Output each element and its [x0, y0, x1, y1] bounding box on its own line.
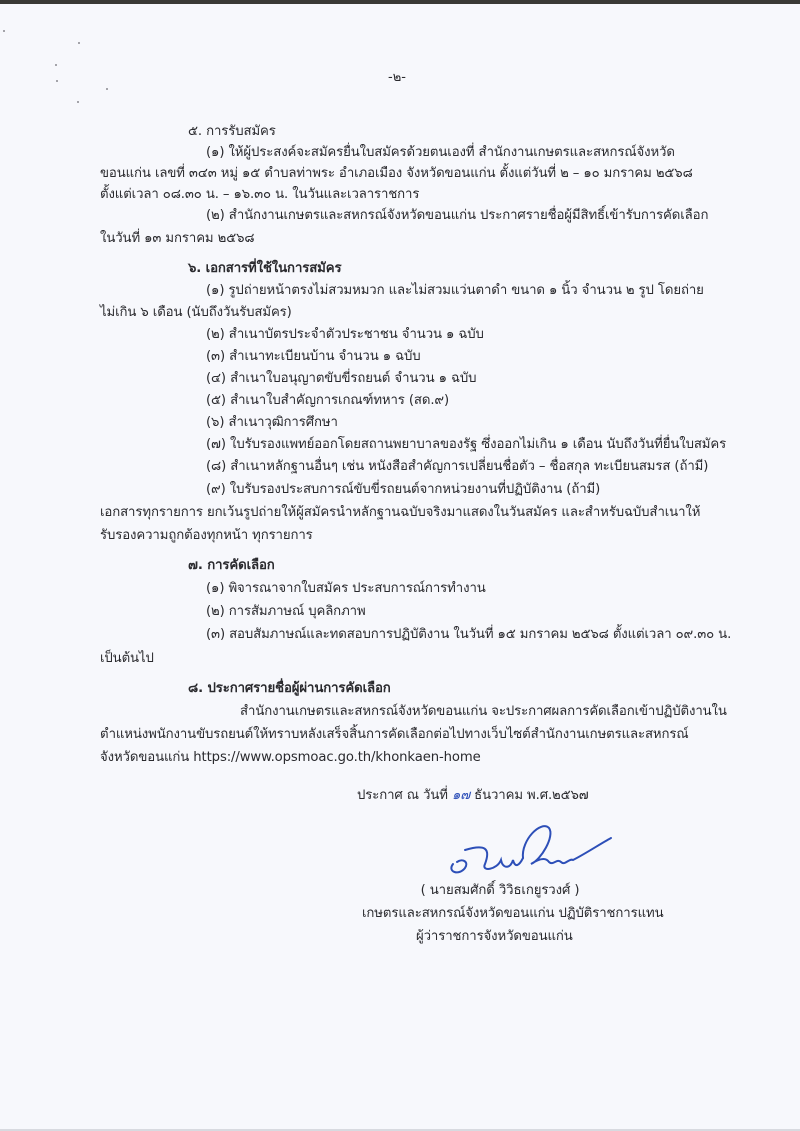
scan-speck [56, 80, 58, 82]
section6-note-line1: เอกสารทุกรายการ ยกเว้นรูปถ่ายให้ผู้สมัคร… [100, 504, 700, 522]
scan-speck [77, 101, 79, 103]
list-item: (๕) สำเนาใบสำคัญการเกณฑ์ทหาร (สด.๙) [206, 392, 449, 410]
section8-line3: จังหวัดขอนแก่น https://www.opsmoac.go.th… [100, 749, 481, 767]
section6-heading: ๖. เอกสารที่ใช้ในการสมัคร [188, 260, 341, 278]
list-item: (๒) สำเนาบัตรประจำตัวประชาชน จำนวน ๑ ฉบั… [206, 326, 484, 344]
section6-item1-line2: ไม่เกิน ๖ เดือน (นับถึงวันรับสมัคร) [100, 304, 292, 322]
section5-item2-line1: (๒) สำนักงานเกษตรและสหกรณ์จังหวัดขอนแก่น… [206, 207, 708, 225]
section8-line1: สำนักงานเกษตรและสหกรณ์จังหวัดขอนแก่น จะป… [240, 703, 727, 721]
section5-item1-line2: ขอนแก่น เลขที่ ๓๔๓ หมู่ ๑๕ ตำบลท่าพระ อำ… [100, 165, 693, 183]
list-item: (๙) ใบรับรองประสบการณ์ขับขี่รถยนต์จากหน่… [206, 481, 600, 499]
scan-speck [55, 64, 57, 66]
signatory-name: ( นายสมศักดิ์ วิวิธเกยูรวงศ์ ) [380, 882, 620, 900]
section5-item2-line2: ในวันที่ ๑๓ มกราคม ๒๕๖๘ [100, 230, 254, 248]
page-number: -๒- [388, 66, 406, 87]
list-item: (๑) พิจารณาจากใบสมัคร ประสบการณ์การทำงาน [206, 580, 486, 598]
announcement-prefix: ประกาศ ณ วันที่ [357, 788, 448, 803]
list-item: (๔) สำเนาใบอนุญาตขับขี่รถยนต์ จำนวน ๑ ฉบ… [206, 370, 476, 388]
list-item: (๗) ใบรับรองแพทย์ออกโดยสถานพยาบาลของรัฐ … [206, 436, 726, 454]
scan-speck [106, 88, 108, 90]
announcement-suffix: ธันวาคม พ.ศ.๒๕๖๗ [474, 788, 589, 803]
section6-item1-line1: (๑) รูปถ่ายหน้าตรงไม่สวมหมวก และไม่สวมแว… [206, 282, 704, 300]
list-item: (๓) สอบสัมภาษณ์และทดสอบการปฏิบัติงาน ในว… [206, 626, 731, 644]
announcement-date: ประกาศ ณ วันที่ ๑๗ ธันวาคม พ.ศ.๒๕๖๗ [357, 787, 589, 805]
section8-line2: ตำแหน่งพนักงานขับรถยนต์ให้ทราบหลังเสร็จส… [100, 726, 689, 744]
scan-edge-top [0, 0, 800, 4]
section5-heading: ๕. การรับสมัคร [188, 123, 276, 141]
section7-heading: ๗. การคัดเลือก [188, 557, 275, 575]
section6-note-line2: รับรองความถูกต้องทุกหน้า ทุกรายการ [100, 527, 313, 545]
list-item: (๒) การสัมภาษณ์ บุคลิกภาพ [206, 603, 366, 621]
scan-speck [78, 42, 80, 44]
scan-speck [3, 30, 5, 32]
section5-item1-line3: ตั้งแต่เวลา ๐๘.๓๐ น. – ๑๖.๓๐ น. ในวันและ… [100, 186, 419, 204]
list-item: (๘) สำเนาหลักฐานอื่นๆ เช่น หนังสือสำคัญก… [206, 458, 708, 476]
section8-heading: ๘. ประกาศรายชื่อผู้ผ่านการคัดเลือก [188, 680, 391, 698]
list-item: (๖) สำเนาวุฒิการศึกษา [206, 414, 338, 432]
list-item: (๓) สำเนาทะเบียนบ้าน จำนวน ๑ ฉบับ [206, 348, 421, 366]
signatory-title-line2: ผู้ว่าราชการจังหวัดขอนแก่น [416, 928, 573, 946]
signature-icon [445, 820, 615, 876]
handwritten-day: ๑๗ [452, 788, 470, 803]
section5-item1-line1: (๑) ให้ผู้ประสงค์จะสมัครยื่นใบสมัครด้วยต… [206, 144, 675, 162]
signatory-title-line1: เกษตรและสหกรณ์จังหวัดขอนแก่น ปฏิบัติราชก… [362, 905, 664, 923]
section7-item3-continuation: เป็นต้นไป [100, 650, 154, 668]
